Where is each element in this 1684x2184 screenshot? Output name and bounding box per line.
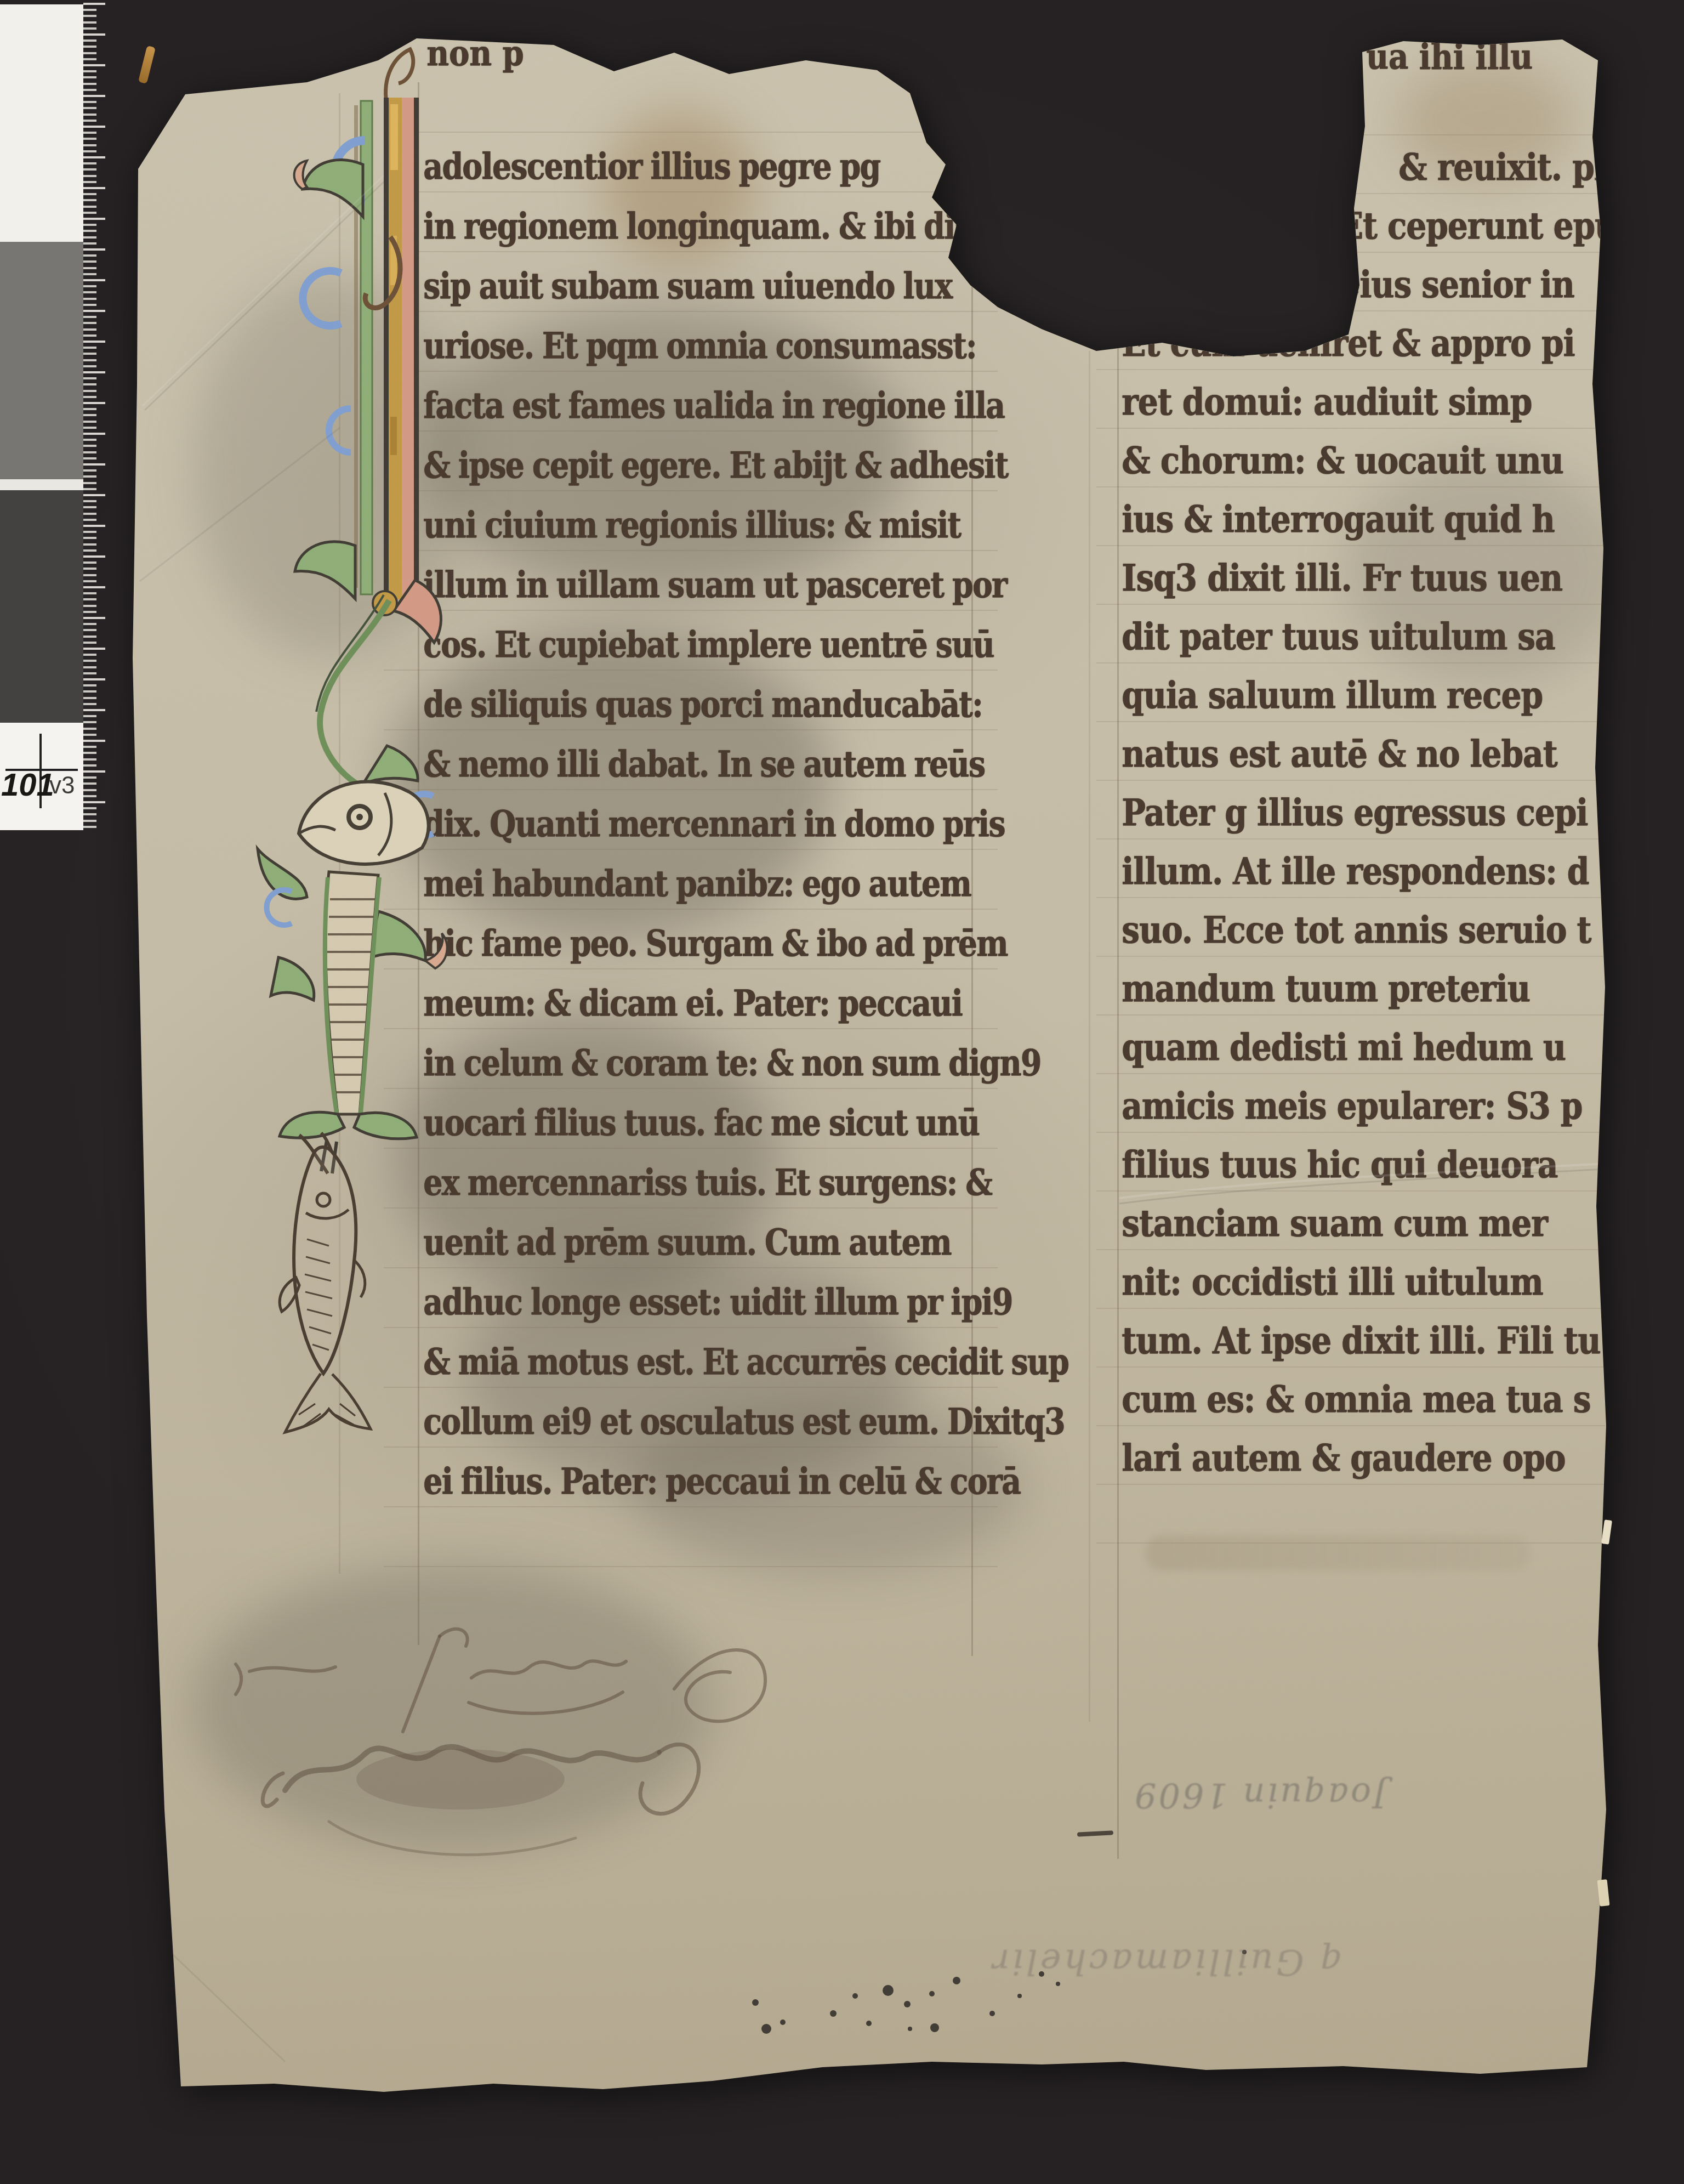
- parchment-grain: [126, 33, 1612, 2100]
- surface-marks: [0, 0, 1684, 2184]
- photo-stage: 101 v3 non p ua ihi illu adolescentior i…: [0, 0, 1684, 2184]
- pencil-inscription-name: q Guilliamachelir: [795, 1941, 1343, 1982]
- parchment-leaf: non p ua ihi illu adolescentior illius p…: [0, 0, 1684, 2184]
- parchment-leaf-wrap: non p ua ihi illu adolescentior illius p…: [0, 0, 1684, 2184]
- pencil-inscription-date: Joaquin 1609: [1091, 1775, 1387, 1816]
